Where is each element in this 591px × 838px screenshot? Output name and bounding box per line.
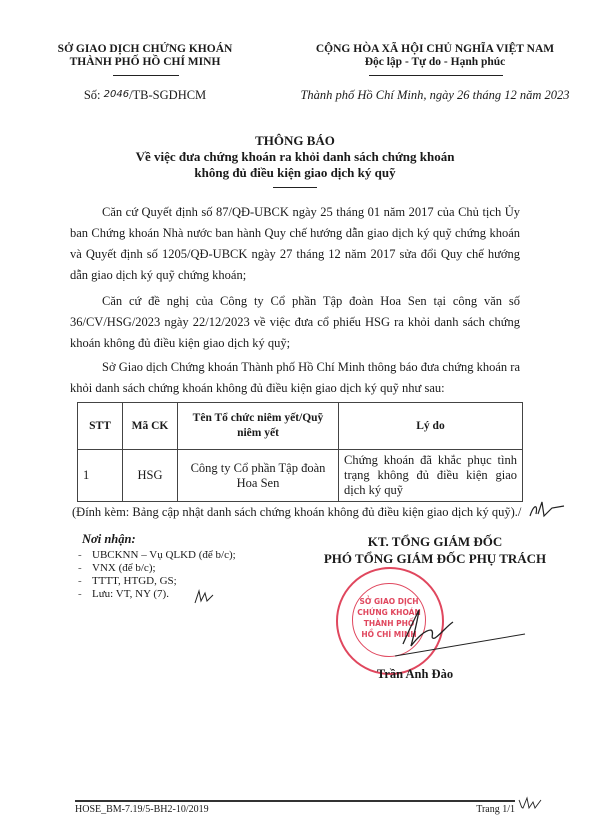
recipient-item: TTTT, HTGD, GS; xyxy=(78,575,236,588)
initials-signature-icon xyxy=(528,500,568,522)
paragraph-request: Căn cứ đề nghị của Công ty Cổ phần Tập đ… xyxy=(70,291,520,354)
header-stt: STT xyxy=(78,403,123,450)
nation-line-2: Độc lập - Tự do - Hạnh phúc xyxy=(285,56,585,69)
document-title: THÔNG BÁO Về việc đưa chứng khoán ra khỏ… xyxy=(60,133,530,181)
signature-line-1: KT. TỔNG GIÁM ĐỐC xyxy=(300,533,570,550)
footer-divider xyxy=(75,800,515,802)
cell-ticker: HSG xyxy=(123,450,178,502)
number-handwritten: 2046 xyxy=(104,89,129,100)
national-motto: CỘNG HÒA XÃ HỘI CHỦ NGHĨA VIỆT NAM Độc l… xyxy=(285,43,585,69)
securities-table: STT Mã CK Tên Tổ chức niêm yết/Quỹ niêm … xyxy=(77,402,523,502)
signature-line-2: PHÓ TỔNG GIÁM ĐỐC PHỤ TRÁCH xyxy=(300,550,570,567)
footer-initials-icon xyxy=(517,796,547,812)
nation-line-1: CỘNG HÒA XÃ HỘI CHỦ NGHĨA VIỆT NAM xyxy=(285,43,585,56)
number-suffix: /TB-SGDHCM xyxy=(129,88,206,102)
table-header-row: STT Mã CK Tên Tổ chức niêm yết/Quỹ niêm … xyxy=(78,403,523,450)
signer-name: Trần Anh Đào xyxy=(300,667,530,682)
subject-line-2: không đủ điều kiện giao dịch ký quỹ xyxy=(60,165,530,181)
title-heading: THÔNG BÁO xyxy=(60,133,530,149)
paragraph-legal-basis: Căn cứ Quyết định số 87/QĐ-UBCK ngày 25 … xyxy=(70,202,520,286)
table-row: 1 HSG Công ty Cổ phần Tập đoàn Hoa Sen C… xyxy=(78,450,523,502)
header-reason: Lý do xyxy=(339,403,523,450)
page-number: Trang 1/1 xyxy=(470,804,515,815)
header-issuer: Tên Tổ chức niêm yết/Quỹ niêm yết xyxy=(178,403,339,450)
recipient-item: VNX (để b/c); xyxy=(78,562,236,575)
cell-stt: 1 xyxy=(78,450,123,502)
attachment-note: (Đính kèm: Bảng cập nhật danh sách chứng… xyxy=(72,505,572,520)
motto-underline xyxy=(369,75,503,76)
subject-line-1: Về việc đưa chứng khoán ra khỏi danh sác… xyxy=(60,149,530,165)
org-underline xyxy=(113,75,179,76)
issuing-organization: SỞ GIAO DỊCH CHỨNG KHOÁN THÀNH PHỐ HỒ CH… xyxy=(40,43,250,69)
header-ticker: Mã CK xyxy=(123,403,178,450)
handwritten-signature-icon xyxy=(395,600,535,660)
document-number: Số: 2046/TB-SGDHCM xyxy=(40,88,250,103)
title-underline xyxy=(273,187,317,188)
org-line-1: SỞ GIAO DỊCH CHỨNG KHOÁN xyxy=(40,43,250,56)
recipient-item: UBCKNN – Vụ QLKD (để b/c); xyxy=(78,549,236,562)
signature-title: KT. TỔNG GIÁM ĐỐC PHÓ TỔNG GIÁM ĐỐC PHỤ … xyxy=(300,533,570,567)
recipients-title: Nơi nhận: xyxy=(82,532,136,547)
paragraph-announcement: Sở Giao dịch Chứng khoán Thành phố Hồ Ch… xyxy=(70,357,520,399)
org-line-2: THÀNH PHỐ HỒ CHÍ MINH xyxy=(40,56,250,69)
number-prefix: Số: xyxy=(84,88,104,102)
form-code: HOSE_BM-7.19/5-BH2-10/2019 xyxy=(75,804,209,815)
initials-mark-icon xyxy=(193,589,215,605)
attachment-text: (Đính kèm: Bảng cập nhật danh sách chứng… xyxy=(72,505,521,519)
cell-reason: Chứng khoán đã khắc phục tình trạng khôn… xyxy=(339,450,523,502)
cell-issuer: Công ty Cổ phần Tập đoàn Hoa Sen xyxy=(178,450,339,502)
place-date: Thành phố Hồ Chí Minh, ngày 26 tháng 12 … xyxy=(285,88,585,103)
